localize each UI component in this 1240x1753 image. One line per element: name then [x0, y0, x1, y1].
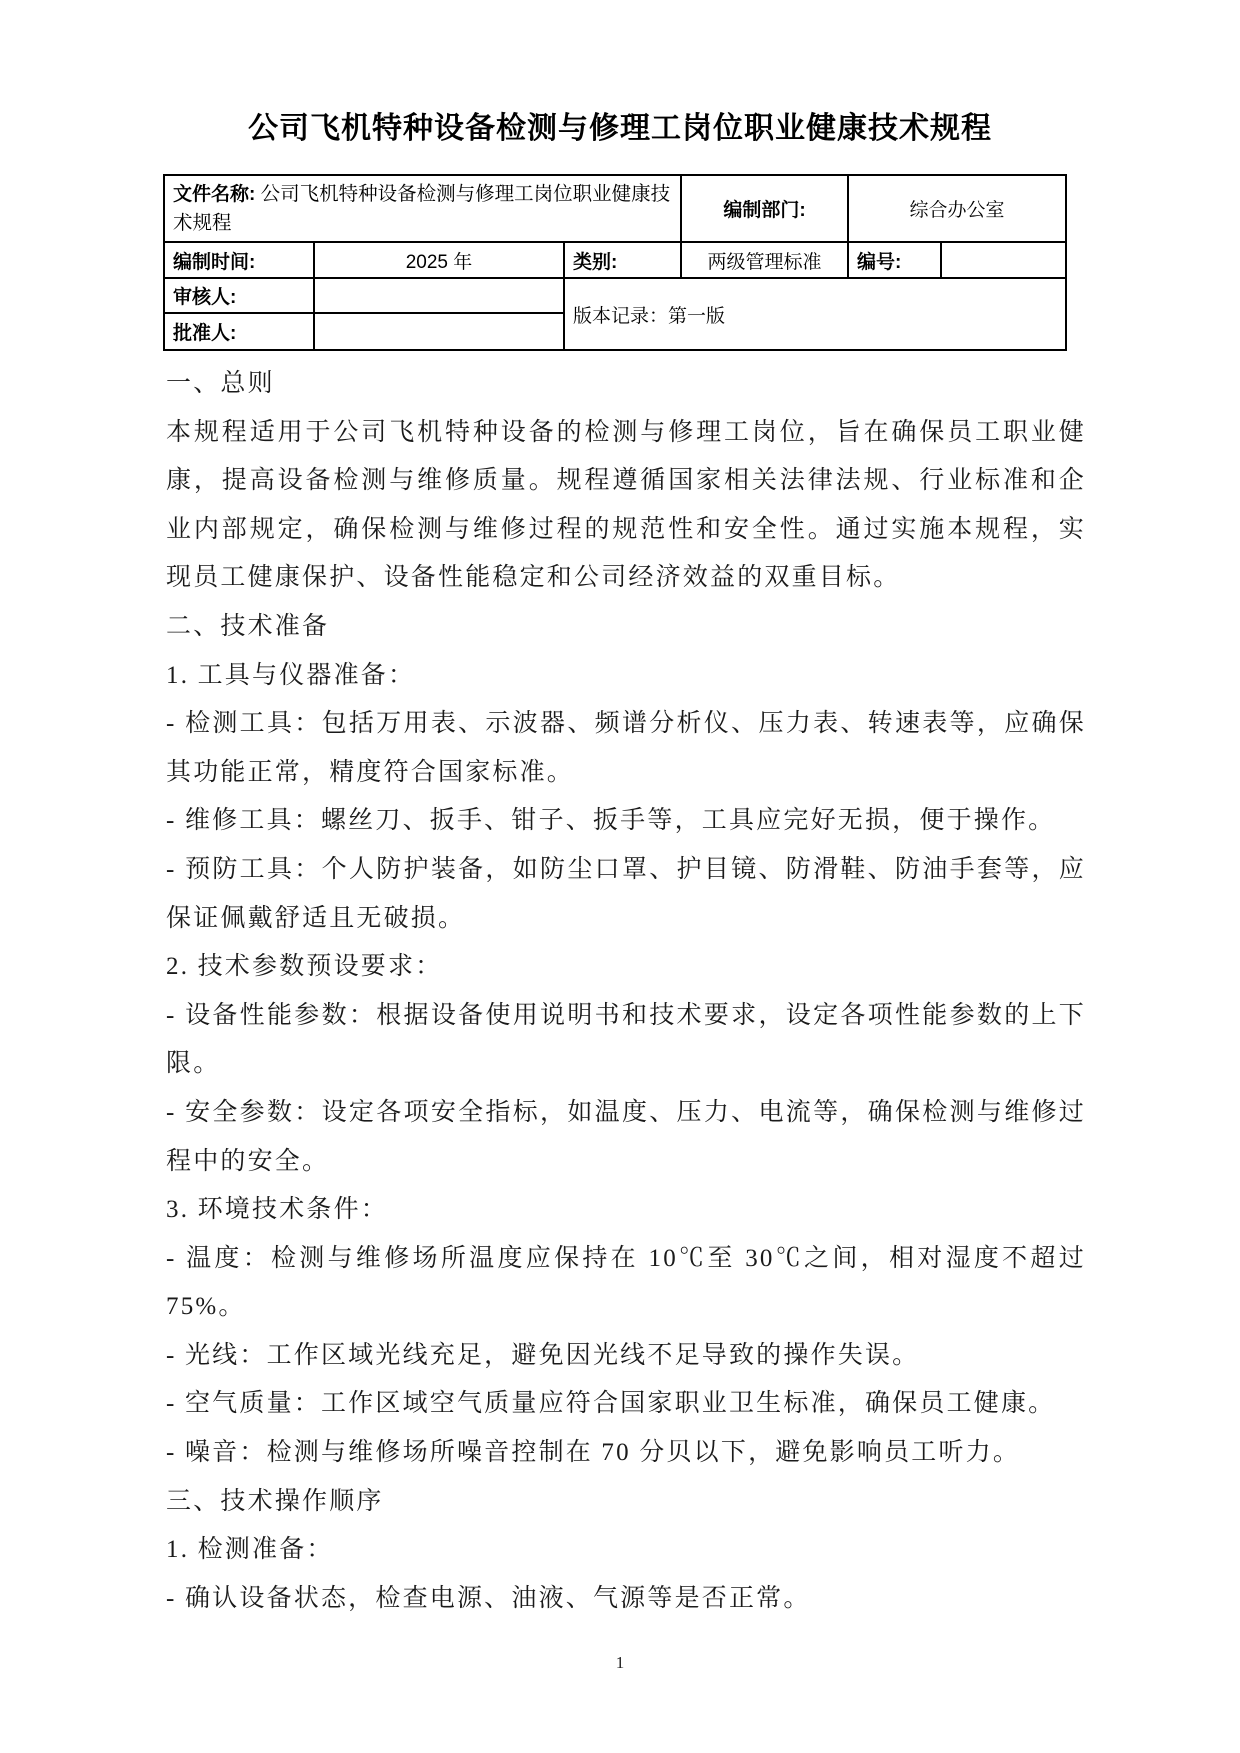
paragraph: 本规程适用于公司飞机特种设备的检测与修理工岗位，旨在确保员工职业健康，提高设备检…: [166, 409, 1086, 603]
table-row: 编制时间: 2025 年 类别: 两级管理标准 编号:: [164, 242, 1066, 278]
category-value: 两级管理标准: [681, 242, 848, 278]
time-label: 编制时间:: [164, 242, 314, 278]
file-name-label: 文件名称:: [173, 184, 255, 205]
document-info-table: 文件名称: 公司飞机特种设备检测与修理工岗位职业健康技术规程 编制部门: 综合办…: [163, 174, 1067, 351]
list-item: - 设备性能参数：根据设备使用说明书和技术要求，设定各项性能参数的上下限。: [166, 992, 1086, 1089]
subsection-heading: 1. 工具与仪器准备：: [166, 652, 1086, 701]
list-item: - 光线：工作区域光线充足，避免因光线不足导致的操作失误。: [166, 1332, 1086, 1381]
subsection-heading: 1. 检测准备：: [166, 1526, 1086, 1575]
time-value: 2025 年: [314, 242, 564, 278]
list-item: - 安全参数：设定各项安全指标，如温度、压力、电流等，确保检测与维修过程中的安全…: [166, 1089, 1086, 1186]
list-item: - 维修工具：螺丝刀、扳手、钳子、扳手等，工具应完好无损，便于操作。: [166, 797, 1086, 846]
list-item: - 温度：检测与维修场所温度应保持在 10℃至 30℃之间，相对湿度不超过 75…: [166, 1235, 1086, 1332]
approver-label: 批准人:: [164, 313, 314, 350]
reviewer-value: [314, 278, 564, 313]
list-item: - 确认设备状态，检查电源、油液、气源等是否正常。: [166, 1575, 1086, 1624]
section-heading: 三、技术操作顺序: [166, 1478, 1086, 1527]
section-heading: 一、总则: [166, 360, 1086, 409]
number-value: [941, 242, 1066, 278]
section-heading: 二、技术准备: [166, 603, 1086, 652]
table-row: 文件名称: 公司飞机特种设备检测与修理工岗位职业健康技术规程 编制部门: 综合办…: [164, 175, 1066, 242]
subsection-heading: 3. 环境技术条件：: [166, 1186, 1086, 1235]
list-item: - 检测工具：包括万用表、示波器、频谱分析仪、压力表、转速表等，应确保其功能正常…: [166, 700, 1086, 797]
subsection-heading: 2. 技术参数预设要求：: [166, 943, 1086, 992]
category-label: 类别:: [564, 242, 681, 278]
number-label: 编号:: [848, 242, 941, 278]
table-row: 审核人: 版本记录：第一版: [164, 278, 1066, 313]
list-item: - 噪音：检测与维修场所噪音控制在 70 分贝以下，避免影响员工听力。: [166, 1429, 1086, 1478]
version-record: 版本记录：第一版: [564, 278, 1066, 350]
approver-value: [314, 313, 564, 350]
file-name-cell: 文件名称: 公司飞机特种设备检测与修理工岗位职业健康技术规程: [164, 175, 681, 242]
dept-label: 编制部门:: [681, 175, 848, 242]
document-page: 公司飞机特种设备检测与修理工岗位职业健康技术规程 文件名称: 公司飞机特种设备检…: [0, 0, 1240, 1753]
list-item: - 预防工具：个人防护装备，如防尘口罩、护目镜、防滑鞋、防油手套等，应保证佩戴舒…: [166, 846, 1086, 943]
reviewer-label: 审核人:: [164, 278, 314, 313]
list-item: - 空气质量：工作区域空气质量应符合国家职业卫生标准，确保员工健康。: [166, 1380, 1086, 1429]
dept-value: 综合办公室: [848, 175, 1066, 242]
document-title: 公司飞机特种设备检测与修理工岗位职业健康技术规程: [0, 103, 1240, 147]
page-number: 1: [0, 1653, 1240, 1673]
document-body: 一、总则 本规程适用于公司飞机特种设备的检测与修理工岗位，旨在确保员工职业健康，…: [166, 360, 1086, 1623]
